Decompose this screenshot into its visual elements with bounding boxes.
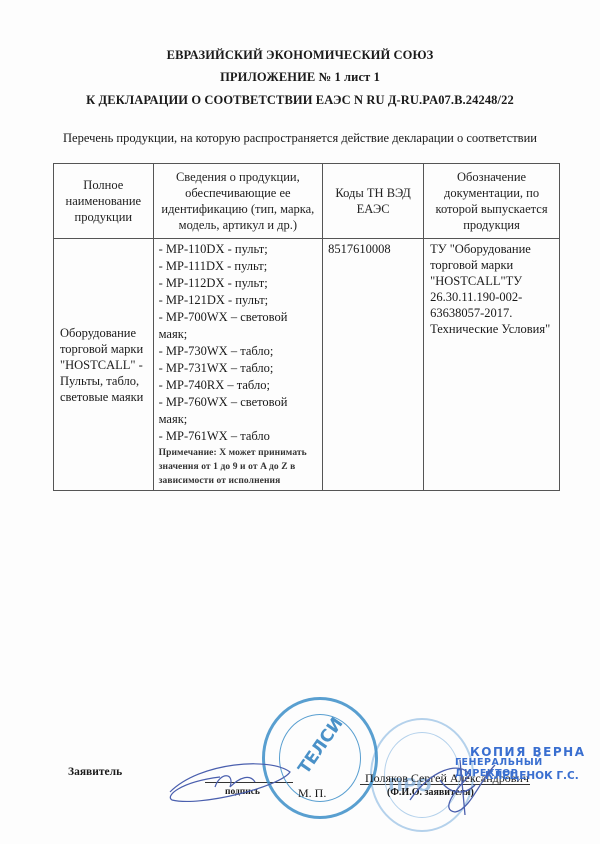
product-documentation-cell: ТУ "Оборудование торговой марки "HOSTCAL… (424, 239, 560, 491)
product-name-cell: Оборудование торговой марки "HOSTCALL" -… (54, 239, 154, 491)
model-item: - MP-121DX - пульт; (159, 292, 318, 309)
product-code-cell: 8517610008 (323, 239, 424, 491)
col-header-name: Полное наименование продукции (54, 164, 154, 239)
appendix-title: ПРИЛОЖЕНИЕ № 1 лист 1 (0, 70, 600, 85)
model-item: - MP-700WX – световой маяк; (159, 309, 318, 343)
model-item: - MP-112DX - пульт; (159, 275, 318, 292)
model-item: - MP-761WX – табло (159, 428, 318, 445)
seal-placeholder-label: М. П. (298, 786, 326, 801)
products-table: Полное наименование продукции Сведения о… (53, 163, 560, 491)
model-item: - MP-731WX – табло; (159, 360, 318, 377)
declaration-title: К ДЕКЛАРАЦИИ О СООТВЕТСТВИИ ЕАЭС N RU Д-… (0, 93, 600, 108)
model-item: - MP-110DX - пульт; (159, 241, 318, 258)
col-header-identification: Сведения о продукции, обеспечивающие ее … (153, 164, 322, 239)
table-row: Оборудование торговой марки "HOSTCALL" -… (54, 239, 560, 491)
model-item: - MP-740RX – табло; (159, 377, 318, 394)
product-models-cell: - MP-110DX - пульт;- MP-111DX - пульт;- … (153, 239, 322, 491)
model-item: - MP-730WX – табло; (159, 343, 318, 360)
applicant-label: Заявитель (68, 766, 122, 778)
col-header-codes: Коды ТН ВЭД ЕАЭС (323, 164, 424, 239)
director-signature-icon (400, 750, 510, 820)
col-header-documentation: Обозначение документации, по которой вып… (424, 164, 560, 239)
product-list-subtitle: Перечень продукции, на которую распростр… (0, 131, 600, 146)
table-header-row: Полное наименование продукции Сведения о… (54, 164, 560, 239)
signature-scribble-icon (160, 752, 300, 812)
models-list: - MP-110DX - пульт;- MP-111DX - пульт;- … (159, 241, 318, 445)
models-note: Примечание: X может принимать значения о… (159, 446, 318, 488)
model-item: - MP-760WX – световой маяк; (159, 394, 318, 428)
union-title: ЕВРАЗИЙСКИЙ ЭКОНОМИЧЕСКИЙ СОЮЗ (0, 48, 600, 63)
model-item: - MP-111DX - пульт; (159, 258, 318, 275)
